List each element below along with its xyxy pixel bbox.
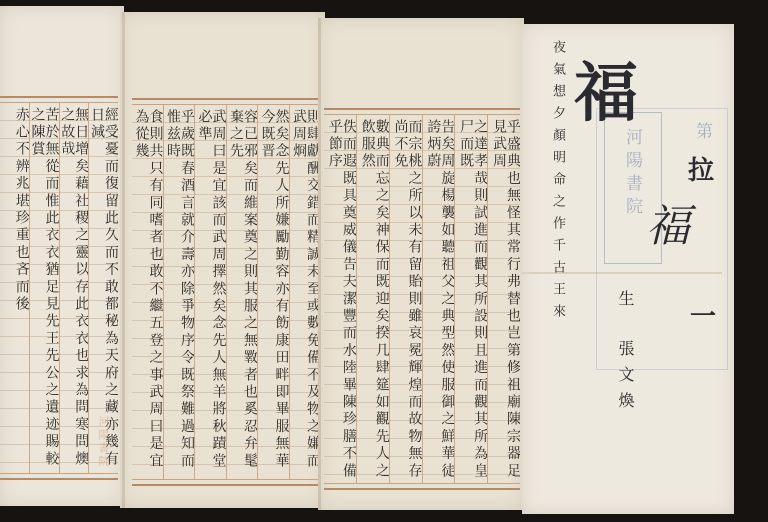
text-column: 乎盛典也無怪其常行弗替也岂第修祖廟陳宗器足見武周 bbox=[487, 115, 520, 483]
text-column: 數典而忘之矣神保而既迎矣揆几肆筵如觀先人之飲服然 bbox=[356, 115, 389, 483]
middle-left-text-block: 則肆獻酬交錯而精誠未至或數免備不及物之嫌而武周烱 然矣念先人所嫌勵勤容亦有飭康田… bbox=[132, 98, 320, 486]
red-library-stamp: 河陽書院 bbox=[95, 416, 111, 468]
manuscript-photo: 經受憂而復留此久而不敢都秘為天府之藏亦幾有日減 無日增矣藉社稷之靈以存此衣衣也求… bbox=[0, 0, 768, 522]
fold-crease bbox=[122, 12, 125, 508]
text-column: 武周曰是宜該而武周擇然矣念先人無羊將秋蹟堂必準 bbox=[194, 105, 226, 479]
library-stamp-top: 第 bbox=[690, 122, 715, 145]
text-column: 食則共只有同嗜者也敢不繼五登之事武周曰是宜為從幾 bbox=[132, 105, 163, 479]
text-column: 佚而遐既具奠威儀告夫潔豐而水陸畢陳珍膳不備乎節序 bbox=[324, 115, 356, 483]
library-stamp-text: 河陽書院 bbox=[620, 128, 645, 220]
text-column: 赤心不辨兆堪珍重也吝而後 bbox=[0, 103, 29, 473]
author-name: 張文煥 bbox=[614, 340, 637, 418]
cover-subtitle-character: 福 bbox=[646, 190, 690, 254]
author-label: 生 bbox=[614, 290, 637, 314]
text-column: 則肆獻酬交錯而精誠未至或數免備不及物之嫌而武周烱 bbox=[289, 105, 321, 479]
text-column: 之達孝哉則試進而觀其所設則且進而觀其所為皇尸而既 bbox=[454, 115, 487, 483]
text-column: 而宗桃之所以未有留貽則雖哀冕輝煌而故物無存尚不免 bbox=[389, 115, 422, 483]
cover-dash: 一 bbox=[690, 296, 716, 333]
text-column: 然矣念先人所嫌勵勤容亦有飭康田畔即畢服無華今既晋 bbox=[257, 105, 289, 479]
cover-subtitle-top: 拉 bbox=[688, 150, 714, 187]
cover-title-character: 福 bbox=[574, 42, 638, 134]
cover-side-note: 夜氣想夕顏明命之作千古王來 bbox=[548, 40, 567, 380]
text-column: 無日增矣藉社稷之靈以存此衣衣也求為問寒問燠之故哉 bbox=[59, 103, 89, 473]
text-column: 乎歲既春酒言就介壽亦除爭物序令既祭難過知而惟兹時 bbox=[163, 105, 195, 479]
fold-crease bbox=[318, 18, 321, 510]
text-column: 苦於無從而惟此衣衣猶足見先王先公之遺迹賜較之陳賞 bbox=[29, 103, 59, 473]
text-column: 容已邪矣而維案奠之則其服之無斁者也奚忍弁髦棄之先 bbox=[226, 105, 258, 479]
middle-right-text-block: 乎盛典也無怪其常行弗替也岂第修祖廟陳宗器足見武周 之達孝哉則試進而觀其所設則且進… bbox=[324, 108, 520, 490]
text-column: 告矣周旋楊襲如聽祖父之典型然使服御之鮮華徒誇炳蔚 bbox=[422, 115, 455, 483]
